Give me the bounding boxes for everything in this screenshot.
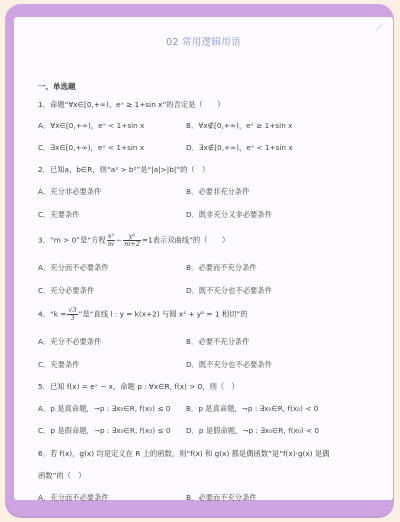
stem-text: 3．“m > 0”是“方程 xyxy=(38,235,106,244)
option-label: B． xyxy=(186,404,198,413)
question-2-option-a[interactable]: A．充分非必要条件 xyxy=(38,188,101,195)
option-text: 既不充分也不必要条件 xyxy=(199,286,272,295)
purple-card-frame: 02 常用逻辑用语 一、单选题 1．命题“∀x∈[0,+∞)，eˣ ≥ 1+si… xyxy=(5,4,394,516)
option-label: C． xyxy=(38,210,50,219)
option-label: C． xyxy=(38,286,50,295)
question-6-option-b[interactable]: B．必要而不充分条件 xyxy=(186,494,257,501)
question-3-option-b[interactable]: B．必要而不充分条件 xyxy=(186,264,257,271)
option-text: 必要而不充分条件 xyxy=(198,493,256,502)
stem-text: =1表示双曲线”的（ ） xyxy=(142,235,230,244)
option-text: 充分必要条件 xyxy=(50,286,94,295)
option-label: B． xyxy=(186,121,198,130)
denominator: m xyxy=(107,241,115,248)
question-2-option-c[interactable]: C．充要条件 xyxy=(38,211,80,218)
question-5-option-a[interactable]: A．p 是真命题，¬p : ∃x₀∈R, f(x₀) ≤ 0 xyxy=(38,405,170,412)
question-3-option-c[interactable]: C．充分必要条件 xyxy=(38,287,94,294)
option-text: ∃x∉[0,+∞)，eˣ < 1+sin x xyxy=(199,143,293,152)
question-5-option-b[interactable]: B．p 是真命题，¬p : ∃x₀∈R, f(x₀) < 0 xyxy=(186,405,318,412)
question-4-option-b[interactable]: B．必要不充分条件 xyxy=(186,338,249,345)
option-label: D． xyxy=(186,286,199,295)
option-text: 充分非必要条件 xyxy=(50,187,101,196)
option-label: A． xyxy=(38,263,50,272)
option-label: C． xyxy=(38,143,50,152)
question-1-stem: 1．命题“∀x∈[0,+∞)，eˣ ≥ 1+sin x”的否定是（ ） xyxy=(38,101,225,108)
denominator: 3 xyxy=(67,315,77,322)
page-corner-mark xyxy=(376,24,382,30)
option-text: 既非充分又非必要条件 xyxy=(199,210,272,219)
option-label: A． xyxy=(38,337,50,346)
question-3-option-a[interactable]: A．充分而不必要条件 xyxy=(38,264,109,271)
option-label: B． xyxy=(186,493,198,502)
question-3-option-d[interactable]: D．既不充分也不必要条件 xyxy=(186,287,272,294)
option-text: 充分而不必要条件 xyxy=(50,263,108,272)
question-1-option-a[interactable]: A．∀x∈[0,+∞)，eˣ < 1+sin x xyxy=(38,122,144,129)
question-6-stem-line-1: 6．若 f(x)，g(x) 均是定义在 R 上的函数，则“f(x) 和 g(x)… xyxy=(38,450,329,457)
option-text: 必要而不充分条件 xyxy=(198,263,256,272)
option-label: B． xyxy=(186,263,198,272)
question-4-option-c[interactable]: C．充要条件 xyxy=(38,361,80,368)
question-4-option-d[interactable]: D．既不充分也不必要条件 xyxy=(186,361,272,368)
question-5-option-d[interactable]: D．p 是假命题，¬p : ∃x₀∈R, f(x₀) < 0 xyxy=(186,427,319,434)
question-6-stem-line-2: 函数”的（ ） xyxy=(38,472,86,479)
option-text: 必要非充分条件 xyxy=(198,187,249,196)
option-label: D． xyxy=(186,360,199,369)
minus-sign: − xyxy=(116,235,122,244)
question-4-option-a[interactable]: A．充分不必要条件 xyxy=(38,338,101,345)
option-label: D． xyxy=(186,210,199,219)
option-label: A． xyxy=(38,493,50,502)
option-label: C． xyxy=(38,426,50,435)
option-text: 充要条件 xyxy=(50,360,79,369)
option-label: D． xyxy=(186,143,199,152)
option-text: p 是真命题，¬p : ∃x₀∈R, f(x₀) ≤ 0 xyxy=(50,404,170,413)
option-text: ∀x∉[0,+∞)，eˣ ≥ 1+sin x xyxy=(198,121,292,130)
option-label: C． xyxy=(38,360,50,369)
stem-text: 4．“k = xyxy=(38,309,66,318)
question-2-option-d[interactable]: D．既非充分又非必要条件 xyxy=(186,211,272,218)
option-text: 既不充分也不必要条件 xyxy=(199,360,272,369)
option-text: 必要不充分条件 xyxy=(198,337,249,346)
question-1-option-c[interactable]: C．∃x∈[0,+∞)，eˣ < 1+sin x xyxy=(38,144,144,151)
question-2-option-b[interactable]: B．必要非充分条件 xyxy=(186,188,249,195)
document-page[interactable]: 02 常用逻辑用语 一、单选题 1．命题“∀x∈[0,+∞)，eˣ ≥ 1+si… xyxy=(14,17,393,500)
question-3-stem: 3．“m > 0”是“方程x²m−y²m+2=1表示双曲线”的（ ） xyxy=(38,233,229,248)
option-text: ∀x∈[0,+∞)，eˣ < 1+sin x xyxy=(50,121,144,130)
fraction-sqrt3-over-3: √33 xyxy=(67,307,77,322)
question-5-stem: 5．已知 f(x) = eˣ − x，命题 p : ∀x∈R, f(x) > 0… xyxy=(38,383,239,390)
option-text: ∃x∈[0,+∞)，eˣ < 1+sin x xyxy=(50,143,144,152)
question-4-stem: 4．“k =√33”是“直线 l : y = k(x+2) 与圆 x² + y²… xyxy=(38,307,248,322)
option-text: 充分不必要条件 xyxy=(50,337,101,346)
question-1-option-d[interactable]: D．∃x∉[0,+∞)，eˣ < 1+sin x xyxy=(186,144,293,151)
question-2-stem: 2．已知a，b∈R，则“a² > b²”是“|a|>|b|”的（ ） xyxy=(38,166,209,173)
option-label: A． xyxy=(38,121,50,130)
option-label: D． xyxy=(186,426,199,435)
option-text: 充要条件 xyxy=(50,210,79,219)
section-heading: 一、单选题 xyxy=(38,81,76,92)
option-text: p 是假命题，¬p : ∃x₀∈R, f(x₀) < 0 xyxy=(199,426,319,435)
fraction-y2-over-m-plus-2: y²m+2 xyxy=(123,233,141,248)
option-label: A． xyxy=(38,404,50,413)
question-6-option-a[interactable]: A．充分而不必要条件 xyxy=(38,494,109,501)
stem-text: ”是“直线 l : y = k(x+2) 与圆 x² + y² = 1 相切”的 xyxy=(79,309,248,318)
document-title: 02 常用逻辑用语 xyxy=(14,34,393,48)
option-label: B． xyxy=(186,187,198,196)
fraction-x2-over-m: x²m xyxy=(107,233,115,248)
option-label: B． xyxy=(186,337,198,346)
option-label: A． xyxy=(38,187,50,196)
question-1-option-b[interactable]: B．∀x∉[0,+∞)，eˣ ≥ 1+sin x xyxy=(186,122,292,129)
option-text: p 是假命题，¬p : ∃x₀∈R, f(x₀) ≤ 0 xyxy=(50,426,170,435)
denominator: m+2 xyxy=(123,241,141,248)
option-text: p 是真命题，¬p : ∃x₀∈R, f(x₀) < 0 xyxy=(198,404,318,413)
option-text: 充分而不必要条件 xyxy=(50,493,108,502)
question-5-option-c[interactable]: C．p 是假命题，¬p : ∃x₀∈R, f(x₀) ≤ 0 xyxy=(38,427,171,434)
